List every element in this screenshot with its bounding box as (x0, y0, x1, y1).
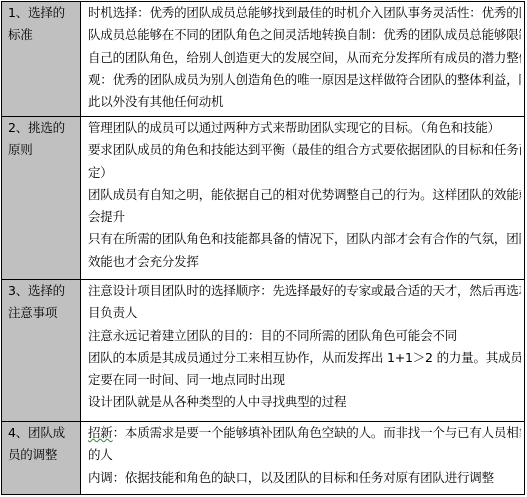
content-line: 团队的本质是其成员通过分工来相互协作，从而发挥出 1+1＞2 的力量。其成员不一 (88, 347, 521, 369)
label-line: 员的调整 (8, 444, 80, 466)
row-label: 3、选择的 注意事项 (2, 280, 81, 422)
content-line: 只有在所需的团队角色和技能都具备的情况下，团队内部才会有合作的气氛，团队 (88, 228, 521, 250)
table-row: 2、挑选的 原则 管理团队的成员可以通过两种方式来帮助团队实现它的目标。（角色和… (2, 117, 525, 280)
content-line: 内调：依据技能和角色的缺口，以及团队的目标和任务对原有团队进行调整 (88, 467, 521, 489)
label-line: 4、团队成 (8, 422, 80, 444)
document-table: 1、选择的 标准 时机选择：优秀的团队成员总能够找到最佳的时机介入团队事务灵活性… (1, 1, 525, 495)
content-line: 招新：本质需求是要一个能够填补团队角色空缺的人。而非找一个与已有人员相象 (88, 422, 521, 444)
content-line: 时机选择：优秀的团队成员总能够找到最佳的时机介入团队事务灵活性：优秀的团 (88, 2, 521, 24)
row-content: 管理团队的成员可以通过两种方式来帮助团队实现它的目标。（角色和技能） 要求团队成… (81, 117, 525, 280)
content-line: 效能也才会充分发挥 (88, 251, 521, 273)
row-label: 1、选择的 标准 (2, 2, 81, 117)
content-line: 的人 (88, 444, 521, 466)
row-label: 2、挑选的 原则 (2, 117, 81, 280)
label-line: 标准 (8, 24, 80, 46)
label-line: 原则 (8, 139, 80, 161)
content-line: 注意设计项目团队时的选择顺序：先选择最好的专家或最合适的天才，然后再选项 (88, 280, 521, 302)
table-row: 3、选择的 注意事项 注意设计项目团队时的选择顺序：先选择最好的专家或最合适的天… (2, 280, 525, 422)
label-line: 1、选择的 (8, 2, 80, 24)
content-line: 队成员总能够在不同的团队角色之间灵活地转换自制：优秀的团队成员总能够限制 (88, 24, 521, 46)
content-line: 此以外没有其他任何动机 (88, 91, 521, 113)
content-line: 要求团队成员的角色和技能达到平衡（最佳的组合方式要依据团队的目标和任务而 (88, 139, 521, 161)
content-line: 定要在同一时间、同一地点同时出现 (88, 369, 521, 391)
content-line: 会提升 (88, 206, 521, 228)
content-line: 设计团队就是从各种类型的人中寻找典型的过程 (88, 391, 521, 413)
row-content: 招新：本质需求是要一个能够填补团队角色空缺的人。而非找一个与已有人员相象 的人 … (81, 422, 525, 495)
row-label: 4、团队成 员的调整 (2, 422, 81, 495)
label-line: 3、选择的 (8, 280, 80, 302)
content-line: 定） (88, 162, 521, 184)
label-line: 注意事项 (8, 302, 80, 324)
content-line: 注意永远记着建立团队的目的：目的不同所需的团队角色可能会不同 (88, 325, 521, 347)
spellcheck-word: 招新 (88, 425, 113, 440)
content-line: 目负责人 (88, 302, 521, 324)
table-row: 1、选择的 标准 时机选择：优秀的团队成员总能够找到最佳的时机介入团队事务灵活性… (2, 2, 525, 117)
table-row: 4、团队成 员的调整 招新：本质需求是要一个能够填补团队角色空缺的人。而非找一个… (2, 422, 525, 495)
content-line: 自己的团队角色，给别人创造更大的发展空间，从而充分发挥所有成员的潜力整体 (88, 47, 521, 69)
label-line: 2、挑选的 (8, 117, 80, 139)
content-line: 管理团队的成员可以通过两种方式来帮助团队实现它的目标。（角色和技能） (88, 117, 521, 139)
content-text: ：本质需求是要一个能够填补团队角色空缺的人。而非找一个与已有人员相象 (113, 425, 521, 440)
content-line: 观：优秀的团队成员为别人创造角色的唯一原因是这样做符合团队的整体利益，除 (88, 69, 521, 91)
row-content: 时机选择：优秀的团队成员总能够找到最佳的时机介入团队事务灵活性：优秀的团 队成员… (81, 2, 525, 117)
row-content: 注意设计项目团队时的选择顺序：先选择最好的专家或最合适的天才，然后再选项 目负责… (81, 280, 525, 422)
content-line: 团队成员有自知之明，能依据自己的相对优势调整自己的行为。这样团队的效能就 (88, 184, 521, 206)
